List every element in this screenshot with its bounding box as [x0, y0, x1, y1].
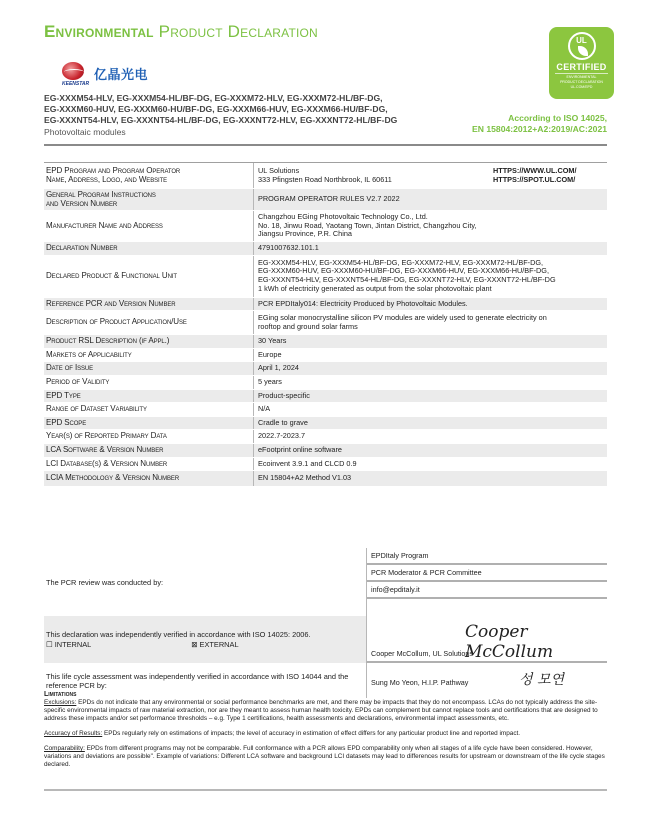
verification-statement: This declaration was independently verif… — [44, 616, 366, 663]
product-line: EG-XXXM54-HLV, EG-XXXM54-HL/BF-DG, EG-XX… — [44, 93, 397, 104]
row-value-line: EN 15804+A2 Method V1.03 — [258, 474, 603, 483]
row-label-line: Period of Validity — [46, 378, 251, 387]
exclusions-label: Exclusions: — [44, 699, 76, 706]
accuracy-label: Accuracy of Results: — [44, 730, 102, 737]
row-value-text: EN 15804+A2 Method V1.03 — [258, 474, 603, 483]
comparability-text: EPDs from different programs may not be … — [44, 745, 605, 768]
url-link[interactable]: HTTPS://SPOT.UL.COM/ — [493, 176, 603, 185]
row-label-line: Year(s) of Reported Primary Data — [46, 432, 251, 441]
ul-leaf-icon: UL — [568, 32, 596, 60]
row-label: LCI Database(s) & Version Number — [44, 458, 254, 471]
row-value-text: EGing solar monocrystalline silicon PV m… — [258, 314, 603, 331]
row-value: UL Solutions333 Pfingsten Road Northbroo… — [254, 163, 607, 188]
row-label: Manufacturer Name and Address — [44, 211, 254, 241]
table-row: EPD Program and Program OperatorName, Ad… — [44, 163, 607, 189]
row-label-line: EPD Type — [46, 392, 251, 401]
table-row: Date of IssueApril 1, 2024 — [44, 362, 607, 376]
program-urls: HTTPS://WWW.UL.COM/HTTPS://SPOT.UL.COM/ — [493, 167, 603, 184]
verification-row: This declaration was independently verif… — [44, 616, 607, 663]
external-label: EXTERNAL — [200, 640, 239, 649]
row-value-text: PCR EPDItaly014: Electricity Produced by… — [258, 300, 603, 309]
comparability-paragraph: Comparability: EPDs from different progr… — [44, 745, 609, 769]
row-value-text: Changzhou EGing Photovoltaic Technology … — [258, 213, 603, 239]
row-label-line: LCA Software & Version Number — [46, 446, 251, 455]
verifier-cell: Cooper McCollum Cooper McCollum, UL Solu… — [366, 616, 607, 663]
row-value: 4791007632.101.1 — [254, 242, 607, 255]
row-value-text: PROGRAM OPERATOR RULES V2.7 2022 — [258, 195, 603, 204]
row-value-line: 4791007632.101.1 — [258, 244, 603, 253]
row-value-text: Cradle to grave — [258, 419, 603, 428]
row-value-line: Jiangsu Province, P.R. China — [258, 230, 603, 239]
row-label-line: Description of Product Application/Use — [46, 318, 251, 327]
row-value-line: 30 Years — [258, 337, 603, 346]
row-label: Product RSL Description (if Appl.) — [44, 335, 254, 348]
row-value-text: 30 Years — [258, 337, 603, 346]
according-line1: According to ISO 14025, — [472, 113, 607, 124]
pcr-program: EPDItaly Program — [367, 548, 607, 565]
limitations-title: Limitations — [44, 691, 609, 699]
row-value-line: Product-specific — [258, 392, 603, 401]
row-value: 30 Years — [254, 335, 607, 348]
pcr-review-details: EPDItaly Program PCR Moderator & PCR Com… — [366, 548, 607, 616]
row-value: Cradle to grave — [254, 417, 607, 430]
row-value: Product-specific — [254, 390, 607, 403]
row-label-line: Declared Product & Functional Unit — [46, 272, 251, 281]
row-value-line: 2022.7-2023.7 — [258, 432, 603, 441]
footer-divider — [44, 789, 607, 791]
lca-verifier-signature: 성 모연 — [519, 669, 564, 689]
row-label: EPD Type — [44, 390, 254, 403]
epd-info-table: EPD Program and Program OperatorName, Ad… — [44, 162, 607, 487]
row-label: Range of Dataset Variability — [44, 403, 254, 416]
table-row: Year(s) of Reported Primary Data2022.7-2… — [44, 430, 607, 444]
exclusions-text: EPDs do not indicate that any environmen… — [44, 699, 598, 722]
row-value: Europe — [254, 349, 607, 362]
exclusions-paragraph: Exclusions: EPDs do not indicate that an… — [44, 699, 609, 723]
product-line: EG-XXXNT54-HLV, EG-XXXNT54-HL/BF-DG, EG-… — [44, 115, 397, 126]
row-label: General Program Instructionsand Version … — [44, 189, 254, 210]
pcr-review-label: The PCR review was conducted by: — [44, 548, 366, 616]
verifier-name: Cooper McCollum, UL Solutions — [371, 649, 473, 658]
row-value-line: Europe — [258, 351, 603, 360]
row-value-text: Ecoinvent 3.9.1 and CLCD 0.9 — [258, 460, 603, 469]
standards-compliance: According to ISO 14025, EN 15804:2012+A2… — [472, 113, 607, 135]
table-row: Declared Product & Functional UnitEG-XXX… — [44, 256, 607, 298]
row-label-line: Markets of Applicability — [46, 351, 251, 360]
row-value-line: PROGRAM OPERATOR RULES V2.7 2022 — [258, 195, 603, 204]
row-value: Changzhou EGing Photovoltaic Technology … — [254, 211, 607, 241]
verifier-signature: Cooper McCollum — [465, 622, 607, 662]
row-label: Markets of Applicability — [44, 349, 254, 362]
row-value-line: eFootprint online software — [258, 446, 603, 455]
table-row: EPD TypeProduct-specific — [44, 390, 607, 404]
row-value-text: Europe — [258, 351, 603, 360]
row-label-line: EPD Scope — [46, 419, 251, 428]
pcr-email[interactable]: info@epditaly.it — [367, 582, 607, 599]
lca-verifier-name: Sung Mo Yeon, H.I.P. Pathway — [371, 678, 468, 687]
badge-certified: CERTIFIED — [549, 62, 614, 72]
document-title: Environmental Product Declaration — [44, 22, 318, 42]
table-row: Reference PCR and Version NumberPCR EPDI… — [44, 298, 607, 312]
checkbox-icon: ☐ — [46, 640, 53, 649]
according-line2: EN 15804:2012+A2:2019/AC:2021 — [472, 124, 607, 135]
row-value-line: 333 Pfingsten Road Northbrook, IL 60611 — [258, 176, 392, 185]
ul-mark: UL — [576, 36, 587, 45]
row-label-line: Range of Dataset Variability — [46, 405, 251, 414]
row-label: Reference PCR and Version Number — [44, 298, 254, 311]
row-value-line: Ecoinvent 3.9.1 and CLCD 0.9 — [258, 460, 603, 469]
verification-checkboxes: ☐ INTERNAL ⊠ EXTERNAL — [46, 640, 364, 649]
external-checkbox[interactable]: ⊠ EXTERNAL — [191, 640, 238, 649]
product-line: EG-XXXM60-HUV, EG-XXXM60-HU/BF-DG, EG-XX… — [44, 104, 397, 115]
pcr-moderator: PCR Moderator & PCR Committee — [367, 565, 607, 582]
row-value: eFootprint online software — [254, 444, 607, 457]
accuracy-paragraph: Accuracy of Results: EPDs regularly rely… — [44, 730, 609, 738]
row-value: 2022.7-2023.7 — [254, 430, 607, 443]
globe-icon — [62, 62, 84, 80]
accuracy-text: EPDs regularly rely on estimations of im… — [102, 730, 520, 737]
row-value-line: 1 kWh of electricity generated as output… — [258, 285, 603, 294]
brand-cn: 亿晶光电 — [94, 64, 148, 83]
row-label: LCA Software & Version Number — [44, 444, 254, 457]
row-label-line: Product RSL Description (if Appl.) — [46, 337, 251, 346]
row-label-line: LCIA Methodology & Version Number — [46, 474, 251, 483]
table-row: Period of Validity5 years — [44, 376, 607, 390]
table-row: Product RSL Description (if Appl.)30 Yea… — [44, 335, 607, 349]
table-row: LCI Database(s) & Version NumberEcoinven… — [44, 458, 607, 472]
row-value: 5 years — [254, 376, 607, 389]
product-type: Photovoltaic modules — [44, 127, 397, 138]
internal-label: INTERNAL — [55, 640, 92, 649]
row-label: Declaration Number — [44, 242, 254, 255]
row-value-text: N/A — [258, 405, 603, 414]
row-label-line: Declaration Number — [46, 244, 251, 253]
table-row: Declaration Number4791007632.101.1 — [44, 242, 607, 256]
row-value-text: eFootprint online software — [258, 446, 603, 455]
brand-en: KEENSTAR — [62, 81, 89, 87]
table-row: EPD ScopeCradle to grave — [44, 417, 607, 431]
comparability-label: Comparability: — [44, 745, 85, 752]
row-value-line: N/A — [258, 405, 603, 414]
checkbox-icon: ⊠ — [191, 640, 197, 649]
table-row: Markets of ApplicabilityEurope — [44, 349, 607, 363]
table-row: LCA Software & Version NumbereFootprint … — [44, 444, 607, 458]
limitations-section: Limitations Exclusions: EPDs do not indi… — [44, 691, 609, 776]
table-row: Range of Dataset VariabilityN/A — [44, 403, 607, 417]
row-value: N/A — [254, 403, 607, 416]
row-value: April 1, 2024 — [254, 362, 607, 375]
pcr-review-row: The PCR review was conducted by: EPDItal… — [44, 548, 607, 616]
row-value-line: PCR EPDItaly014: Electricity Produced by… — [258, 300, 603, 309]
row-value-text: EG-XXXM54-HLV, EG-XXXM54-HL/BF-DG, EG-XX… — [258, 259, 603, 293]
row-label: Description of Product Application/Use — [44, 311, 254, 334]
header-divider — [44, 144, 607, 146]
row-label: Date of Issue — [44, 362, 254, 375]
row-label: Year(s) of Reported Primary Data — [44, 430, 254, 443]
row-value-text: April 1, 2024 — [258, 364, 603, 373]
verification-text: This declaration was independently verif… — [46, 630, 364, 639]
badge-subtext: ENVIRONMENTAL PRODUCT DECLARATION UL.COM… — [555, 73, 608, 90]
row-label: Declared Product & Functional Unit — [44, 256, 254, 297]
table-row: Manufacturer Name and AddressChangzhou E… — [44, 211, 607, 242]
row-value-line: rooftop and ground solar farms — [258, 323, 603, 332]
row-value-line: 5 years — [258, 378, 603, 387]
row-label: LCIA Methodology & Version Number — [44, 471, 254, 486]
table-row: Description of Product Application/UseEG… — [44, 311, 607, 335]
row-label-line: LCI Database(s) & Version Number — [46, 460, 251, 469]
row-label-line: Name, Address, Logo, and Website — [46, 176, 251, 185]
product-list: EG-XXXM54-HLV, EG-XXXM54-HL/BF-DG, EG-XX… — [44, 93, 397, 138]
row-value-line: April 1, 2024 — [258, 364, 603, 373]
row-value: EN 15804+A2 Method V1.03 — [254, 471, 607, 486]
row-value: EGing solar monocrystalline silicon PV m… — [254, 311, 607, 334]
review-section: The PCR review was conducted by: EPDItal… — [44, 548, 607, 698]
row-value-text: 5 years — [258, 378, 603, 387]
row-value: PROGRAM OPERATOR RULES V2.7 2022 — [254, 189, 607, 210]
table-row: General Program Instructionsand Version … — [44, 189, 607, 211]
internal-checkbox[interactable]: ☐ INTERNAL — [46, 640, 91, 649]
row-label-line: Manufacturer Name and Address — [46, 222, 251, 231]
table-row: LCIA Methodology & Version NumberEN 1580… — [44, 471, 607, 487]
row-label-line: and Version Number — [46, 200, 251, 209]
ul-certified-badge: UL CERTIFIED ENVIRONMENTAL PRODUCT DECLA… — [549, 27, 614, 99]
row-value: PCR EPDItaly014: Electricity Produced by… — [254, 298, 607, 311]
row-value-text: UL Solutions333 Pfingsten Road Northbroo… — [258, 167, 392, 184]
row-label-line: Date of Issue — [46, 364, 251, 373]
badge-sub3: UL.COM/EPD — [555, 85, 608, 90]
manufacturer-logo: KEENSTAR 亿晶光电 — [62, 62, 162, 88]
row-label: Period of Validity — [44, 376, 254, 389]
row-value-text: 4791007632.101.1 — [258, 244, 603, 253]
leaf-icon — [578, 46, 588, 56]
row-value-line: Cradle to grave — [258, 419, 603, 428]
row-value-text: Product-specific — [258, 392, 603, 401]
row-label: EPD Program and Program OperatorName, Ad… — [44, 163, 254, 188]
row-label: EPD Scope — [44, 417, 254, 430]
title-rest: Product Declaration — [159, 22, 318, 41]
row-value-text: 2022.7-2023.7 — [258, 432, 603, 441]
title-bold: Environmental — [44, 22, 154, 41]
row-value: Ecoinvent 3.9.1 and CLCD 0.9 — [254, 458, 607, 471]
row-value: EG-XXXM54-HLV, EG-XXXM54-HL/BF-DG, EG-XX… — [254, 256, 607, 297]
row-label-line: Reference PCR and Version Number — [46, 300, 251, 309]
